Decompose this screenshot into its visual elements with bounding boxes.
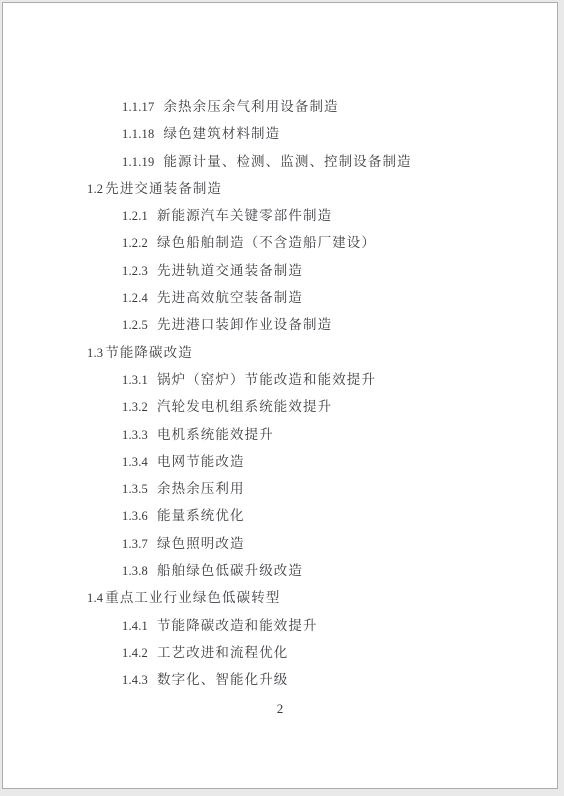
toc-item-number: 1.3: [87, 346, 103, 360]
toc-item-label: 先进轨道交通装备制造: [157, 263, 303, 278]
toc-item-label: 绿色照明改造: [157, 536, 245, 551]
toc-item: 1.2.3先进轨道交通装备制造: [3, 257, 557, 284]
toc-item-label: 余热余压利用: [157, 481, 245, 496]
toc-item-number: 1.4.1: [122, 619, 148, 633]
toc-item-number: 1.3.5: [122, 482, 148, 496]
toc-item: 1.3.2汽轮发电机组系统能效提升: [3, 393, 557, 420]
toc-item: 1.4.2工艺改进和流程优化: [3, 639, 557, 666]
toc-item-number: 1.4.2: [122, 646, 148, 660]
toc-item-label: 节能降碳改造: [105, 345, 193, 360]
document-page: 1.1.17余热余压余气利用设备制造1.1.18绿色建筑材料制造1.1.19能源…: [2, 2, 558, 789]
toc-item: 1.2.1新能源汽车关键零部件制造: [3, 202, 557, 229]
toc-item: 1.3.5余热余压利用: [3, 475, 557, 502]
toc-item: 1.2.4先进高效航空装备制造: [3, 284, 557, 311]
toc-item-label: 数字化、智能化升级: [157, 672, 288, 687]
toc-item: 1.3.1锅炉（窑炉）节能改造和能效提升: [3, 366, 557, 393]
toc-item-number: 1.2: [87, 182, 103, 196]
toc-list: 1.1.17余热余压余气利用设备制造1.1.18绿色建筑材料制造1.1.19能源…: [3, 93, 557, 694]
toc-item-number: 1.2.5: [122, 318, 148, 332]
toc-item: 1.3.4电网节能改造: [3, 448, 557, 475]
toc-item-label: 汽轮发电机组系统能效提升: [157, 399, 332, 414]
toc-item-number: 1.2.1: [122, 209, 148, 223]
toc-item: 1.2.5先进港口装卸作业设备制造: [3, 311, 557, 338]
toc-item-label: 绿色船舶制造（不含造船厂建设）: [157, 235, 376, 250]
toc-item: 1.3.6能量系统优化: [3, 502, 557, 529]
toc-item: 1.1.17余热余压余气利用设备制造: [3, 93, 557, 120]
toc-item-number: 1.3.4: [122, 455, 148, 469]
toc-item-number: 1.3.1: [122, 373, 148, 387]
toc-item-label: 能源计量、检测、监测、控制设备制造: [163, 154, 411, 169]
toc-item-label: 锅炉（窑炉）节能改造和能效提升: [157, 372, 376, 387]
toc-item: 1.1.19能源计量、检测、监测、控制设备制造: [3, 148, 557, 175]
toc-item-label: 重点工业行业绿色低碳转型: [105, 590, 280, 605]
toc-item: 1.2先进交通装备制造: [3, 175, 557, 202]
toc-item-number: 1.3.7: [122, 537, 148, 551]
toc-item-label: 工艺改进和流程优化: [157, 645, 288, 660]
toc-item-number: 1.3.2: [122, 400, 148, 414]
toc-item-label: 先进交通装备制造: [105, 181, 222, 196]
toc-item-number: 1.4: [87, 591, 103, 605]
toc-item: 1.4.3数字化、智能化升级: [3, 666, 557, 693]
toc-item-label: 绿色建筑材料制造: [163, 126, 280, 141]
toc-item: 1.3.7绿色照明改造: [3, 530, 557, 557]
toc-item: 1.1.18绿色建筑材料制造: [3, 120, 557, 147]
toc-item-label: 新能源汽车关键零部件制造: [157, 208, 332, 223]
toc-item-number: 1.1.19: [122, 155, 154, 169]
toc-item-number: 1.3.6: [122, 509, 148, 523]
toc-item-label: 余热余压余气利用设备制造: [163, 99, 338, 114]
toc-item-label: 节能降碳改造和能效提升: [157, 618, 318, 633]
toc-item-label: 船舶绿色低碳升级改造: [157, 563, 303, 578]
page-number: 2: [3, 695, 557, 722]
toc-item-number: 1.2.2: [122, 236, 148, 250]
toc-item-number: 1.3.3: [122, 428, 148, 442]
toc-item-label: 能量系统优化: [157, 508, 245, 523]
toc-item: 1.4.1节能降碳改造和能效提升: [3, 612, 557, 639]
toc-item-label: 先进高效航空装备制造: [157, 290, 303, 305]
toc-item: 1.2.2绿色船舶制造（不含造船厂建设）: [3, 229, 557, 256]
toc-item-number: 1.2.4: [122, 291, 148, 305]
toc-item-number: 1.1.18: [122, 127, 154, 141]
toc-item-label: 先进港口装卸作业设备制造: [157, 317, 332, 332]
toc-item: 1.3.8船舶绿色低碳升级改造: [3, 557, 557, 584]
toc-item-number: 1.1.17: [122, 100, 154, 114]
toc-item-number: 1.3.8: [122, 564, 148, 578]
toc-item-number: 1.2.3: [122, 264, 148, 278]
toc-item: 1.3.3电机系统能效提升: [3, 421, 557, 448]
toc-item: 1.3节能降碳改造: [3, 339, 557, 366]
toc-item-label: 电网节能改造: [157, 454, 245, 469]
toc-item-label: 电机系统能效提升: [157, 427, 274, 442]
toc-item-number: 1.4.3: [122, 673, 148, 687]
toc-item: 1.4重点工业行业绿色低碳转型: [3, 584, 557, 611]
